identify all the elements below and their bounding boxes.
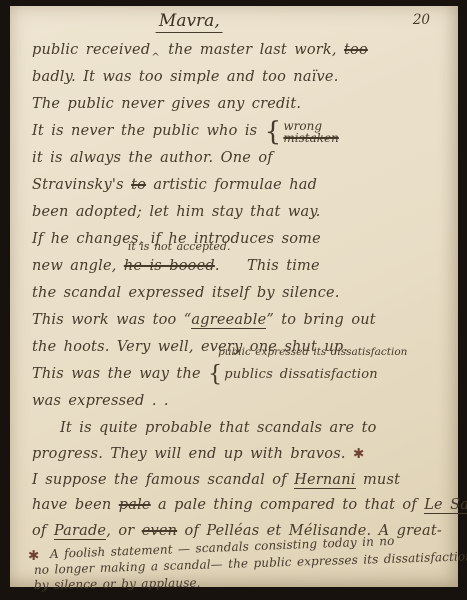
text-segment: must: [356, 472, 400, 488]
text-segment: It is never the public who is: [32, 123, 265, 139]
text-segment: the scandal expressed itself by silence.: [32, 285, 340, 301]
text-segment: .: [215, 258, 227, 274]
manuscript-line: If he changes, if he introduces some: [32, 226, 446, 253]
text-segment: publics dissatisfaction: [224, 367, 378, 382]
manuscript-line: been adopted; let him stay that way.: [32, 199, 446, 226]
struck-text: pale: [119, 497, 151, 513]
struck-text: too: [344, 42, 368, 58]
text-segment: This was the way the: [32, 366, 208, 382]
manuscript-line: This work was too “agreeable” to bring o…: [32, 307, 446, 334]
page-number: 20: [413, 12, 430, 28]
text-segment: new angle,: [32, 258, 124, 274]
footnote: ✱ A foolish statement — scandals consist…: [34, 547, 450, 594]
struck-text: even: [142, 523, 178, 539]
brace-alternatives: {public expressed its dissatisfactionpub…: [208, 366, 378, 382]
brace-alternatives: {wrongmistaken: [265, 120, 339, 145]
text-segment: have been: [32, 497, 119, 513]
text-segment: public received: [32, 42, 150, 58]
manuscript-line: have been pale a pale thing compared to …: [32, 493, 446, 519]
manuscript-line: it is always the author. One of: [32, 145, 446, 172]
manuscript-line: I suppose the famous scandal of Hernani …: [32, 468, 446, 494]
text-segment: a pale thing compared to that of: [151, 497, 425, 513]
text-segment: I suppose the famous scandal of: [32, 472, 294, 488]
text-segment: It is quite probable that scandals are t…: [60, 420, 377, 436]
text-segment: was expressed . .: [32, 393, 169, 409]
struck-text: to: [131, 177, 146, 193]
manuscript-page: Mavra, 20 public received^ the master la…: [10, 6, 458, 587]
text-segment: The public never gives any credit.: [32, 96, 301, 112]
inserted-text: public expressed its dissatisfaction: [218, 339, 407, 366]
manuscript-line: It is quite probable that scandals are t…: [32, 415, 446, 442]
manuscript-body: public received^ the master last work, t…: [32, 37, 446, 544]
text-segment: This work was too “: [32, 312, 191, 328]
text-segment: , or: [106, 523, 142, 539]
footnote-asterisk-icon: ✱: [28, 548, 39, 564]
text-segment: artistic formulae had: [146, 177, 317, 193]
text-segment: ” to bring out: [266, 312, 375, 328]
struck-text: he is booed: [124, 258, 215, 274]
text-segment: it is always the author. One of: [32, 150, 273, 166]
underlined-text: Hernani: [294, 472, 356, 489]
annotated-correction: it is not accepted.he is booed: [124, 258, 215, 274]
caret-insertion-mark: ^: [151, 52, 160, 63]
manuscript-line: the scandal expressed itself by silence.: [32, 280, 446, 307]
manuscript-line: new angle, it is not accepted.he is booe…: [32, 253, 446, 280]
manuscript-line: public received^ the master last work, t…: [32, 37, 446, 64]
footnote-lines: A foolish statement — scandals consistin…: [34, 547, 450, 594]
manuscript-line: progress. They will end up with bravos. …: [32, 442, 446, 468]
asterisk-mark: ✱: [353, 446, 364, 462]
underlined-text: agreeable: [191, 312, 266, 329]
alternatives-column: wrongmistaken: [283, 120, 338, 145]
text-segment: been adopted; let him stay that way.: [32, 204, 321, 220]
manuscript-line: The public never gives any credit.: [32, 91, 446, 118]
struck-text: mistaken: [283, 132, 338, 145]
text-segment: progress. They will end up with bravos.: [32, 446, 353, 462]
underlined-text: Le Sacre: [424, 497, 467, 514]
text-segment: badly. It was too simple and too naïve.: [32, 69, 339, 85]
manuscript-line: was expressed . .: [32, 388, 446, 415]
underlined-text: Parade: [54, 523, 106, 540]
text-segment: Stravinsky's: [32, 177, 131, 193]
page-header: Mavra, 20: [32, 11, 446, 37]
manuscript-line: It is never the public who is {wrongmist…: [32, 118, 446, 145]
inserted-text: it is not accepted.: [128, 233, 231, 260]
manuscript-line: Stravinsky's to artistic formulae had: [32, 172, 446, 199]
text-segment: This time: [247, 258, 320, 274]
text-segment: the master last work,: [161, 42, 344, 58]
brace-icon: {: [265, 120, 282, 144]
manuscript-line: This was the way the {public expressed i…: [32, 361, 446, 388]
text-segment: of: [32, 523, 54, 539]
manuscript-line: badly. It was too simple and too naïve.: [32, 64, 446, 91]
page-title: Mavra,: [156, 11, 223, 33]
